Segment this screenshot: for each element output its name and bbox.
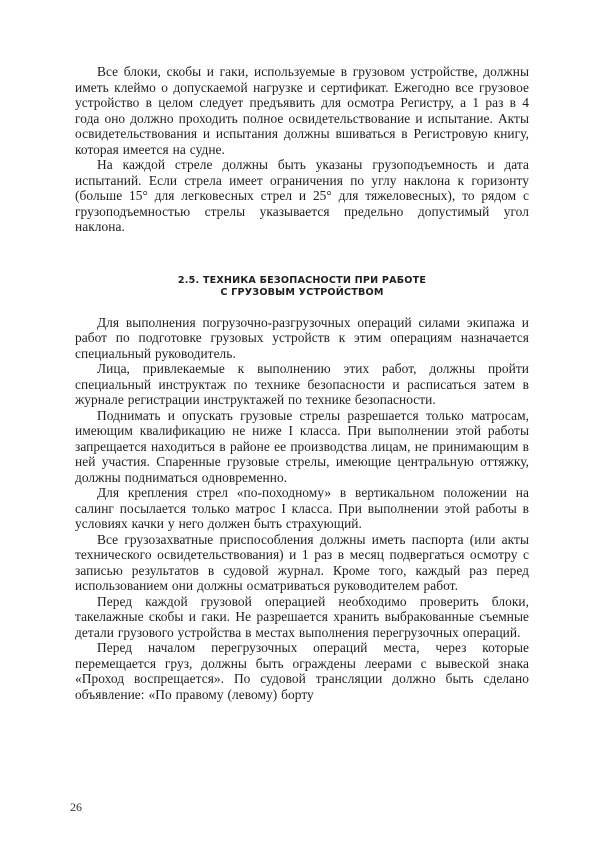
paragraph-fencing: Перед началом перегрузочных операций мес… [75, 640, 529, 702]
page-number: 26 [70, 800, 82, 815]
section-heading: 2.5. ТЕХНИКА БЕЗОПАСНОСТИ ПРИ РАБОТЕ С Г… [75, 275, 529, 299]
paragraph-pre-check: Перед каждой грузовой операцией необходи… [75, 594, 529, 641]
paragraph-blocks-marking: Все блоки, скобы и гаки, используемые в … [75, 64, 529, 157]
paragraph-supervisor: Для выполнения погрузочно-разгрузочных о… [75, 315, 529, 362]
paragraph-boom-capacity: На каждой стреле должны быть указаны гру… [75, 157, 529, 235]
paragraph-raising-booms: Поднимать и опускать грузовые стрелы раз… [75, 408, 529, 486]
section-heading-line-1: 2.5. ТЕХНИКА БЕЗОПАСНОСТИ ПРИ РАБОТЕ [75, 275, 529, 287]
paragraph-securing-booms: Для крепления стрел «по-походному» в вер… [75, 485, 529, 532]
section-heading-line-2: С ГРУЗОВЫМ УСТРОЙСТВОМ [75, 287, 529, 299]
paragraph-instruction: Лица, привлекаемые к выполнению этих раб… [75, 361, 529, 408]
paragraph-lifting-gear: Все грузозахватные приспособления должны… [75, 532, 529, 594]
page-body: Все блоки, скобы и гаки, используемые в … [75, 64, 529, 702]
